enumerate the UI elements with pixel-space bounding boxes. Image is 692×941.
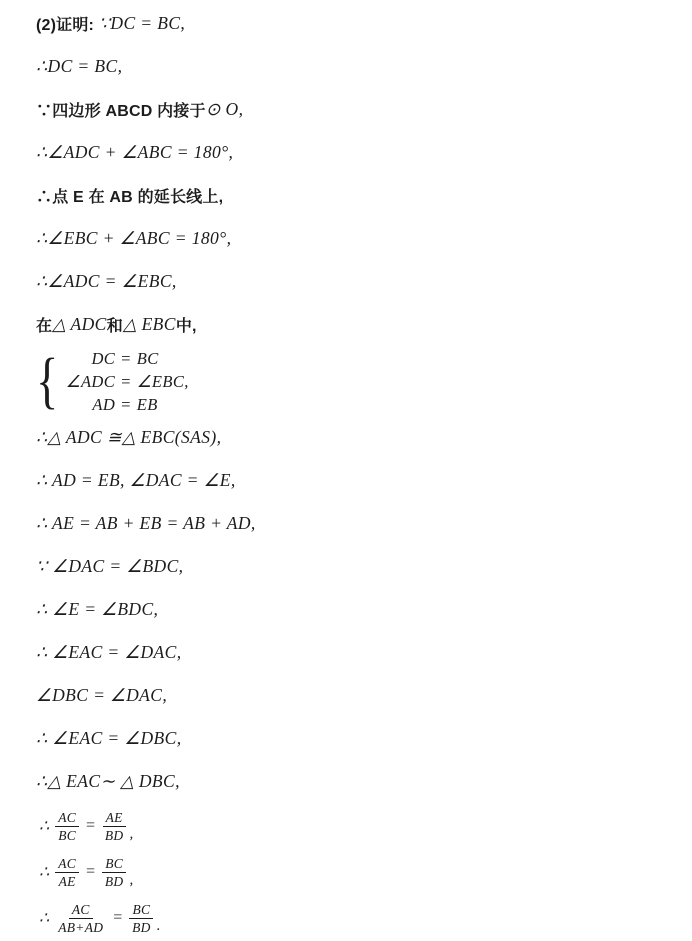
proof-line-16: ∠DBC = ∠DAC, [36, 674, 682, 717]
equation-system: {DC=BC∠ADC=∠EBC,AD=EB [36, 346, 682, 416]
equation-system-rows: DC=BC∠ADC=∠EBC,AD=EB [66, 347, 189, 416]
fraction-numerator: AC [69, 901, 93, 919]
fraction-numerator: AE [103, 809, 126, 827]
fraction-right: BCBD [102, 855, 127, 890]
equation-rhs: BC [137, 347, 189, 370]
punctuation-suffix: , [129, 826, 133, 843]
equation-rhs: ∠EBC, [137, 370, 189, 393]
fraction-left: ACAB+AD [55, 901, 106, 936]
math-text-segment: ∴ ∠EAC = ∠DBC, [36, 728, 181, 749]
equals-sign: = [120, 393, 132, 416]
fraction-denominator: BC [55, 827, 79, 844]
therefore-symbol: ∴ [39, 816, 49, 836]
fraction-numerator: AC [55, 809, 79, 827]
chinese-text-segment: 和 [107, 313, 123, 336]
fraction-numerator: AC [55, 855, 79, 873]
therefore-symbol: ∴ [39, 908, 49, 928]
left-brace-symbol: { [36, 350, 58, 412]
proof-line-18: ∴△ EAC∼ △ DBC, [36, 760, 682, 803]
equation-lhs: ∠ADC [66, 370, 115, 393]
proof-line-8: 在△ ADC和△ EBC中, [36, 303, 682, 346]
fraction-denominator: BD [129, 919, 154, 936]
fraction-numerator: BC [129, 901, 153, 919]
math-text-segment: ∴△ EAC∼ △ DBC, [36, 771, 180, 792]
math-text-segment: ∴ AD = EB, ∠DAC = ∠E, [36, 470, 236, 491]
math-text-segment: △ ADC [52, 314, 107, 335]
fraction-right: BCBD [129, 901, 154, 936]
proof-line-14: ∴ ∠E = ∠BDC, [36, 588, 682, 631]
fraction-right: AEBD [102, 809, 127, 844]
proof-line-1: (2)证明: ∵DC = BC, [36, 2, 682, 45]
proof-content: (2)证明: ∵DC = BC,∴DC = BC,∵四边形 ABCD 内接于⊙ … [36, 2, 682, 941]
fraction-denominator: AB+AD [55, 919, 106, 936]
equation-lhs: AD [66, 393, 115, 416]
equals-sign: = [120, 347, 132, 370]
proof-line-7: ∴∠ADC = ∠EBC, [36, 260, 682, 303]
proof-line-fraction-19: ∴ACBC=AEBD, [36, 803, 682, 849]
math-text-segment: ∴DC = BC, [36, 56, 122, 77]
proof-line-10: ∴△ ADC ≅△ EBC(SAS), [36, 416, 682, 459]
proof-line-fraction-20: ∴ACAE=BCBD, [36, 849, 682, 895]
proof-line-11: ∴ AD = EB, ∠DAC = ∠E, [36, 459, 682, 502]
equation-rhs: EB [137, 393, 189, 416]
math-text-segment: ∴∠EBC + ∠ABC = 180°, [36, 228, 231, 249]
equals-sign: = [120, 370, 132, 393]
fraction-left: ACAE [55, 855, 79, 890]
chinese-text-segment: ∵四边形 ABCD 内接于 [36, 98, 206, 121]
fraction-denominator: AE [56, 873, 79, 890]
proof-line-4: ∴∠ADC + ∠ABC = 180°, [36, 131, 682, 174]
proof-line-3: ∵四边形 ABCD 内接于⊙ O, [36, 88, 682, 131]
fraction-numerator: BC [102, 855, 126, 873]
math-text-segment: ∴ ∠E = ∠BDC, [36, 599, 158, 620]
math-text-segment: ∠DBC = ∠DAC, [36, 685, 167, 706]
math-text-segment: ∵DC = BC, [94, 13, 185, 34]
math-text-segment: △ EBC [123, 314, 176, 335]
proof-line-2: ∴DC = BC, [36, 45, 682, 88]
proof-document-page: (2)证明: ∵DC = BC,∴DC = BC,∵四边形 ABCD 内接于⊙ … [0, 0, 692, 941]
math-text-segment: ⊙ O, [206, 99, 244, 120]
equation-lhs: DC [66, 347, 115, 370]
math-text-segment: ∴∠ADC + ∠ABC = 180°, [36, 142, 233, 163]
math-text-segment: ∴△ ADC ≅△ EBC(SAS), [36, 427, 221, 448]
math-text-segment: ∴ AE = AB + EB = AB + AD, [36, 513, 256, 534]
chinese-text-segment: (2)证明: [36, 12, 94, 35]
proof-line-fraction-21: ∴ACAB+AD=BCBD. [36, 895, 682, 941]
math-text-segment: ∴∠ADC = ∠EBC, [36, 271, 177, 292]
fraction-denominator: BD [102, 873, 127, 890]
chinese-text-segment: 中, [176, 313, 197, 336]
proof-line-6: ∴∠EBC + ∠ABC = 180°, [36, 217, 682, 260]
equals-sign: = [85, 863, 96, 881]
math-text-segment: ∴ ∠EAC = ∠DAC, [36, 642, 181, 663]
fraction-left: ACBC [55, 809, 79, 844]
proof-line-15: ∴ ∠EAC = ∠DAC, [36, 631, 682, 674]
proof-line-17: ∴ ∠EAC = ∠DBC, [36, 717, 682, 760]
math-text-segment: ∵ ∠DAC = ∠BDC, [36, 556, 183, 577]
therefore-symbol: ∴ [39, 862, 49, 882]
punctuation-suffix: , [129, 872, 133, 889]
proof-line-13: ∵ ∠DAC = ∠BDC, [36, 545, 682, 588]
proof-line-5: ∴点 E 在 AB 的延长线上, [36, 174, 682, 217]
fraction-denominator: BD [102, 827, 127, 844]
proof-line-12: ∴ AE = AB + EB = AB + AD, [36, 502, 682, 545]
chinese-text-segment: 在 [36, 313, 52, 336]
equals-sign: = [112, 909, 123, 927]
chinese-text-segment: ∴点 E 在 AB 的延长线上, [36, 184, 223, 207]
equals-sign: = [85, 817, 96, 835]
punctuation-suffix: . [157, 918, 161, 935]
